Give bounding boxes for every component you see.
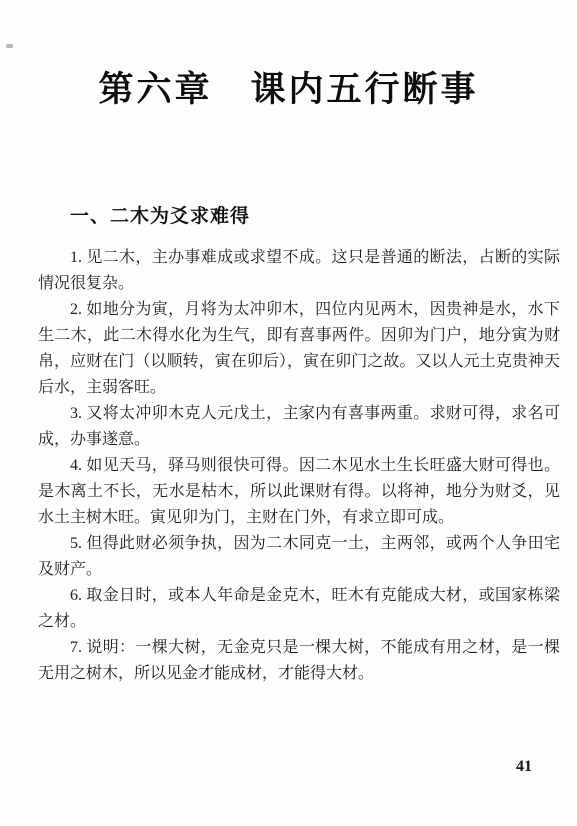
page-number: 41 <box>516 758 532 776</box>
paragraph-5: 5. 但得此财必须争执，因为二木同克一土，主两邻，或两个人争田宅及财产。 <box>38 531 560 583</box>
paragraph-4: 4. 如见天马，驿马则很快可得。因二木见水土生长旺盛大财可得也。是木离土不长，无… <box>38 453 560 531</box>
book-page: 第六章 课内五行断事 一、二木为爻求难得 1. 见二木，主办事难成或求望不成。这… <box>0 0 577 826</box>
paragraph-3: 3. 又将太冲卯木克人元戊土，主家内有喜事两重。求财可得，求名可成，办事遂意。 <box>38 401 560 453</box>
section-heading: 一、二木为爻求难得 <box>70 201 250 228</box>
ink-speck <box>6 44 13 48</box>
paragraph-2: 2. 如地分为寅，月将为太冲卯木，四位内见两木，因贵神是水，水下生二木，此二木得… <box>38 297 560 401</box>
paragraph-1: 1. 见二木，主办事难成或求望不成。这只是普通的断法，占断的实际情况很复杂。 <box>38 245 560 297</box>
paragraph-7: 7. 说明：一棵大树，无金克只是一棵大树，不能成有用之材，是一棵无用之树木，所以… <box>38 635 560 687</box>
chapter-title: 第六章 课内五行断事 <box>0 62 577 112</box>
paragraph-6: 6. 取金日时，或本人年命是金克木，旺木有克能成大材，或国家栋梁之材。 <box>38 583 560 635</box>
body-text: 1. 见二木，主办事难成或求望不成。这只是普通的断法，占断的实际情况很复杂。 2… <box>38 245 560 687</box>
